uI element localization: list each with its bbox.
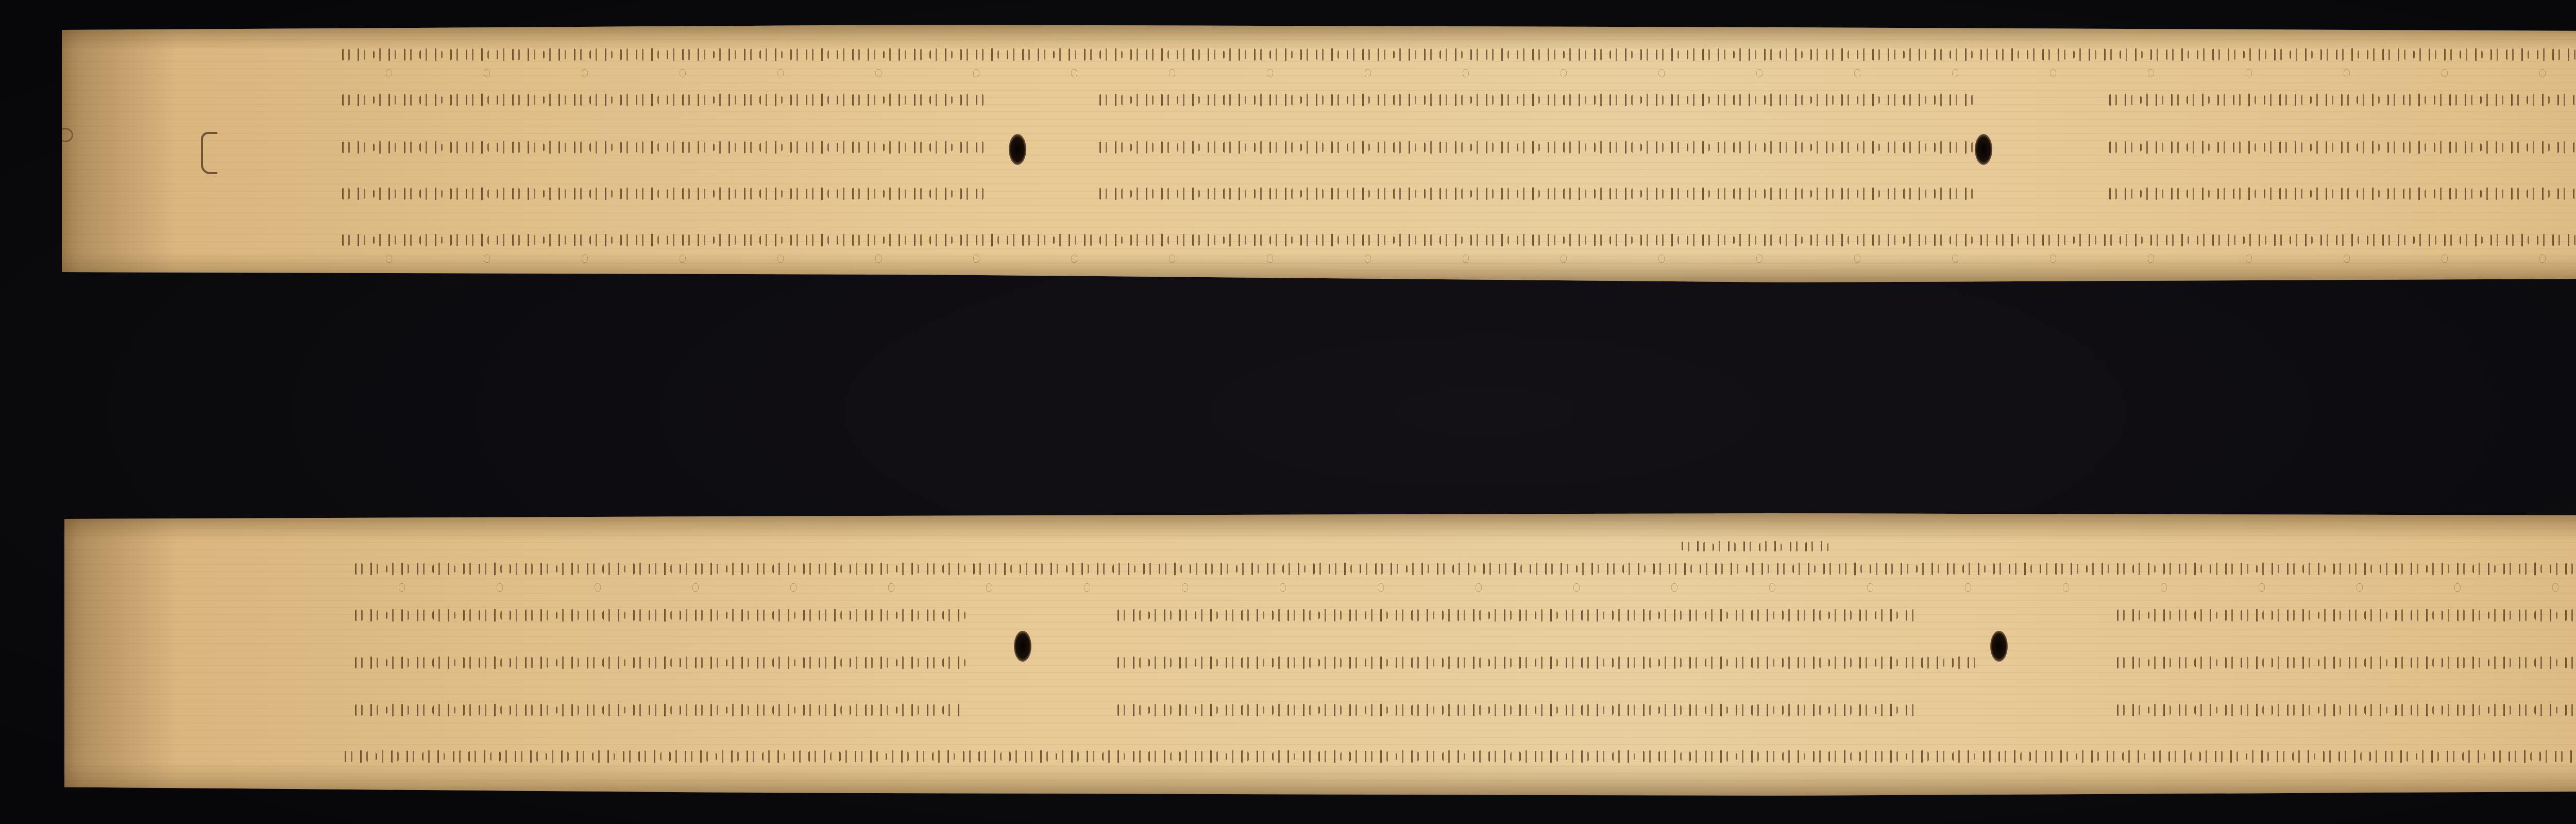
subscript-loops [353, 581, 2576, 597]
script-text [1680, 538, 1834, 551]
subscript-loops [340, 253, 2576, 268]
palm-leaf-bottom: lines 1 and 5 span full width; lines 2-4… [64, 513, 2576, 796]
script-text [340, 231, 2576, 249]
script-line-3-block-1 [353, 653, 971, 672]
script-text [340, 45, 2576, 64]
string-hole-left [1014, 631, 1031, 662]
script-text [353, 653, 971, 672]
script-text [2107, 91, 2576, 109]
script-text [1097, 138, 1973, 157]
script-line-4-block-3 [2107, 184, 2576, 203]
script-line-1 [340, 45, 2576, 64]
script-line-2-block-2 [1097, 91, 1973, 109]
script-line-2-block-2 [1115, 606, 1919, 625]
subscript-loops [340, 67, 2576, 82]
script-text [1115, 701, 1919, 719]
script-text [1115, 653, 1981, 672]
script-line-2-block-3 [2107, 91, 2576, 109]
script-line-4-block-2 [1097, 184, 1973, 203]
script-text [340, 184, 984, 203]
script-text [1115, 606, 1919, 625]
string-hole-left [1009, 134, 1026, 165]
script-text [2115, 653, 2576, 672]
script-text [2107, 184, 2576, 203]
script-text [2115, 701, 2576, 719]
script-text [2107, 138, 2576, 157]
script-line-2-block-1 [353, 606, 971, 625]
string-hole-right [1990, 631, 2008, 662]
script-line-2-block-1 [340, 91, 984, 109]
script-text [353, 606, 971, 625]
script-line-1 [353, 560, 2576, 578]
script-text [1097, 91, 1973, 109]
script-text [340, 138, 984, 157]
script-line-4-block-3 [2115, 701, 2576, 719]
script-text [1097, 184, 1973, 203]
script-line-5 [343, 747, 2576, 766]
script-line-5 [340, 231, 2576, 249]
script-text [343, 747, 2576, 766]
script-text [340, 91, 984, 109]
palm-leaf-top: lines 1 and 5 span full width; lines 2-4… [62, 25, 2576, 282]
script-line-4-block-2 [1115, 701, 1919, 719]
script-line-4-block-1 [353, 701, 961, 719]
script-line-3-block-3 [2107, 138, 2576, 157]
script-line-3-block-3 [2115, 653, 2576, 672]
script-line-3-block-2 [1097, 138, 1973, 157]
interlinear-note [1680, 538, 1834, 551]
folio-number-mark [201, 132, 217, 174]
script-line-4-block-1 [340, 184, 984, 203]
script-line-3-block-2 [1115, 653, 1981, 672]
string-hole-right [1975, 134, 1992, 165]
script-text [2115, 606, 2576, 625]
script-line-2-block-3 [2115, 606, 2576, 625]
script-text [353, 701, 961, 719]
script-text [353, 560, 2576, 578]
script-line-3-block-1 [340, 138, 984, 157]
